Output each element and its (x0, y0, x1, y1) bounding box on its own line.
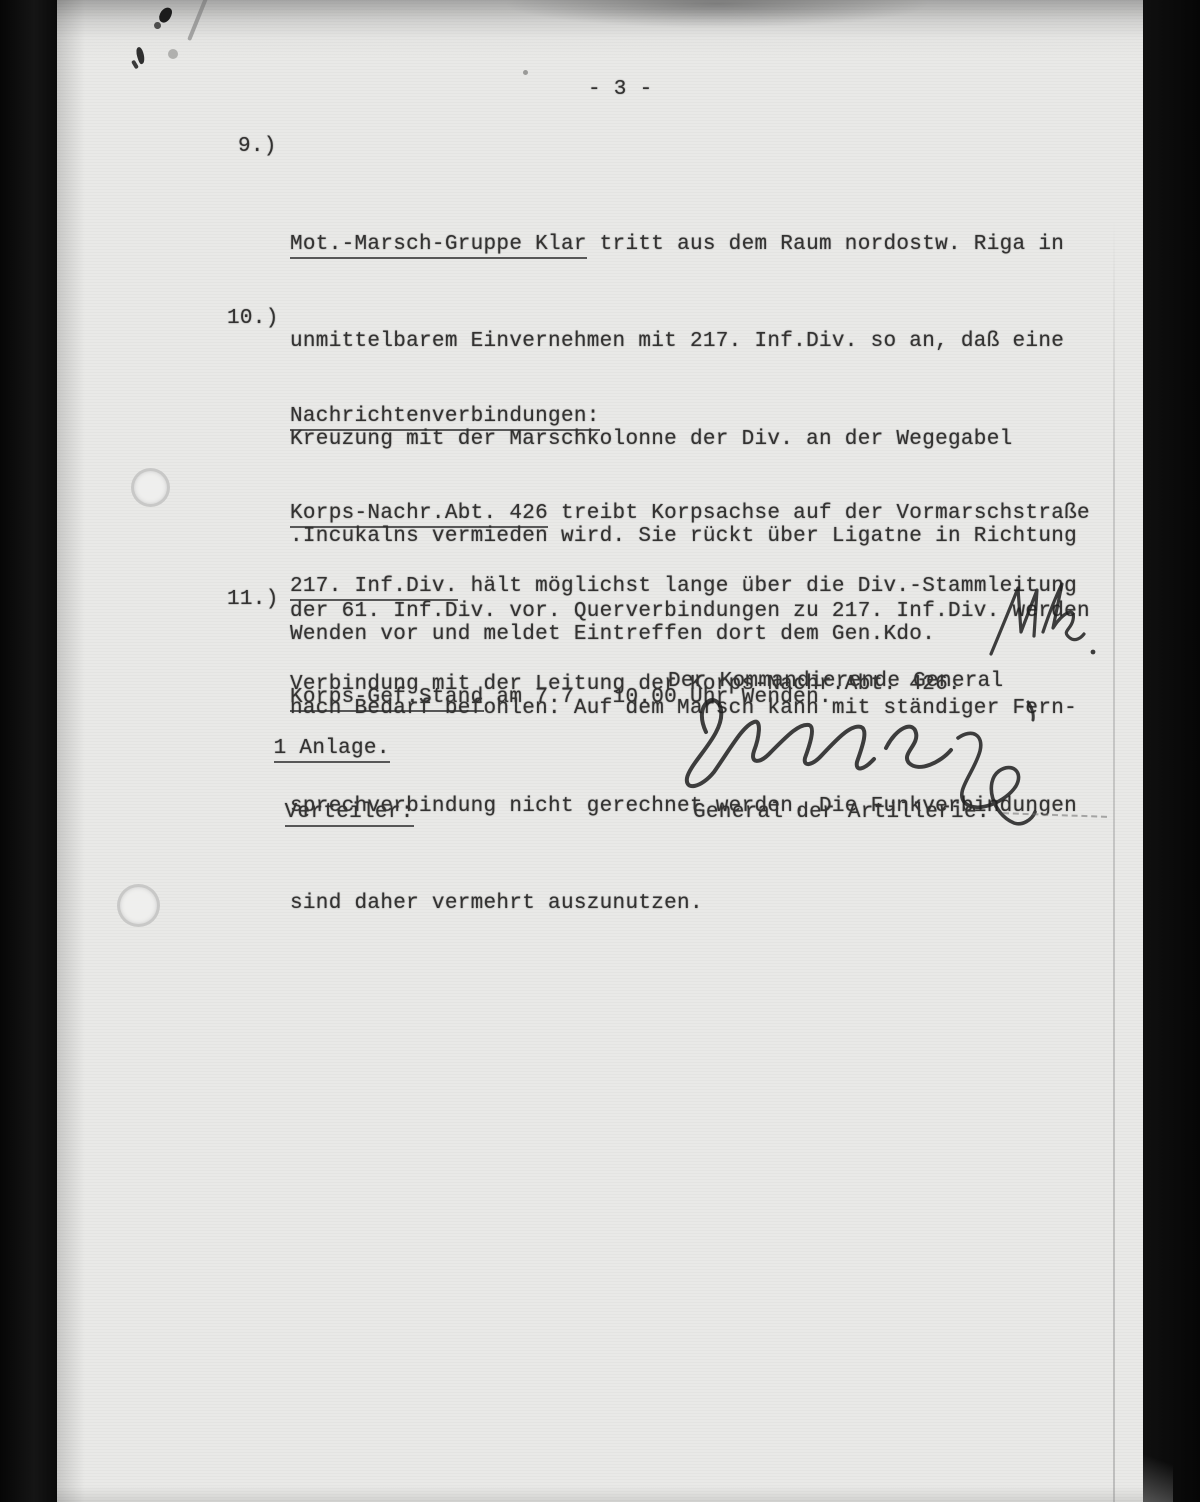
item-10-heading: Nachrichtenverbindungen: (290, 401, 1090, 434)
item-9-number: 9.) (238, 131, 277, 164)
item-11-number: 11.) (227, 584, 279, 617)
item-10-line-6: sind daher vermehrt auszunutzen. (290, 888, 1090, 921)
page-number: - 3 - (588, 74, 653, 107)
punch-hole (117, 884, 160, 927)
scanned-document-page: - 3 - 9.) Mot.-Marsch-Gruppe Klar tritt … (0, 0, 1200, 1502)
film-edge-glare (1143, 1432, 1173, 1502)
microfilm-border-right (1143, 0, 1200, 1502)
verteiler-underlined: Verteiler: (285, 801, 414, 827)
scan-bottom-shadow (57, 1486, 1143, 1502)
anlage-underlined: 1 Anlage. (274, 737, 390, 763)
smudge-speck (168, 49, 178, 59)
item-10-number: 10.) (227, 303, 279, 336)
item-9-subject-underlined: Mot.-Marsch-Gruppe Klar (290, 233, 587, 259)
closing-rank-line: General der Artillerie. (693, 797, 990, 830)
punch-hole (131, 468, 170, 507)
smudge-speck (523, 70, 528, 75)
paper-fold-line (1113, 220, 1115, 1502)
handwritten-initials-mk (985, 578, 1100, 663)
verteiler-heading: Verteiler: (233, 764, 414, 862)
item-9-line-1: Mot.-Marsch-Gruppe Klar tritt aus dem Ra… (290, 229, 1077, 262)
item-10-heading-underlined: Nachrichtenverbindungen: (290, 405, 600, 431)
microfilm-border-left (0, 0, 57, 1502)
paper-edge-shadow (57, 0, 85, 1502)
